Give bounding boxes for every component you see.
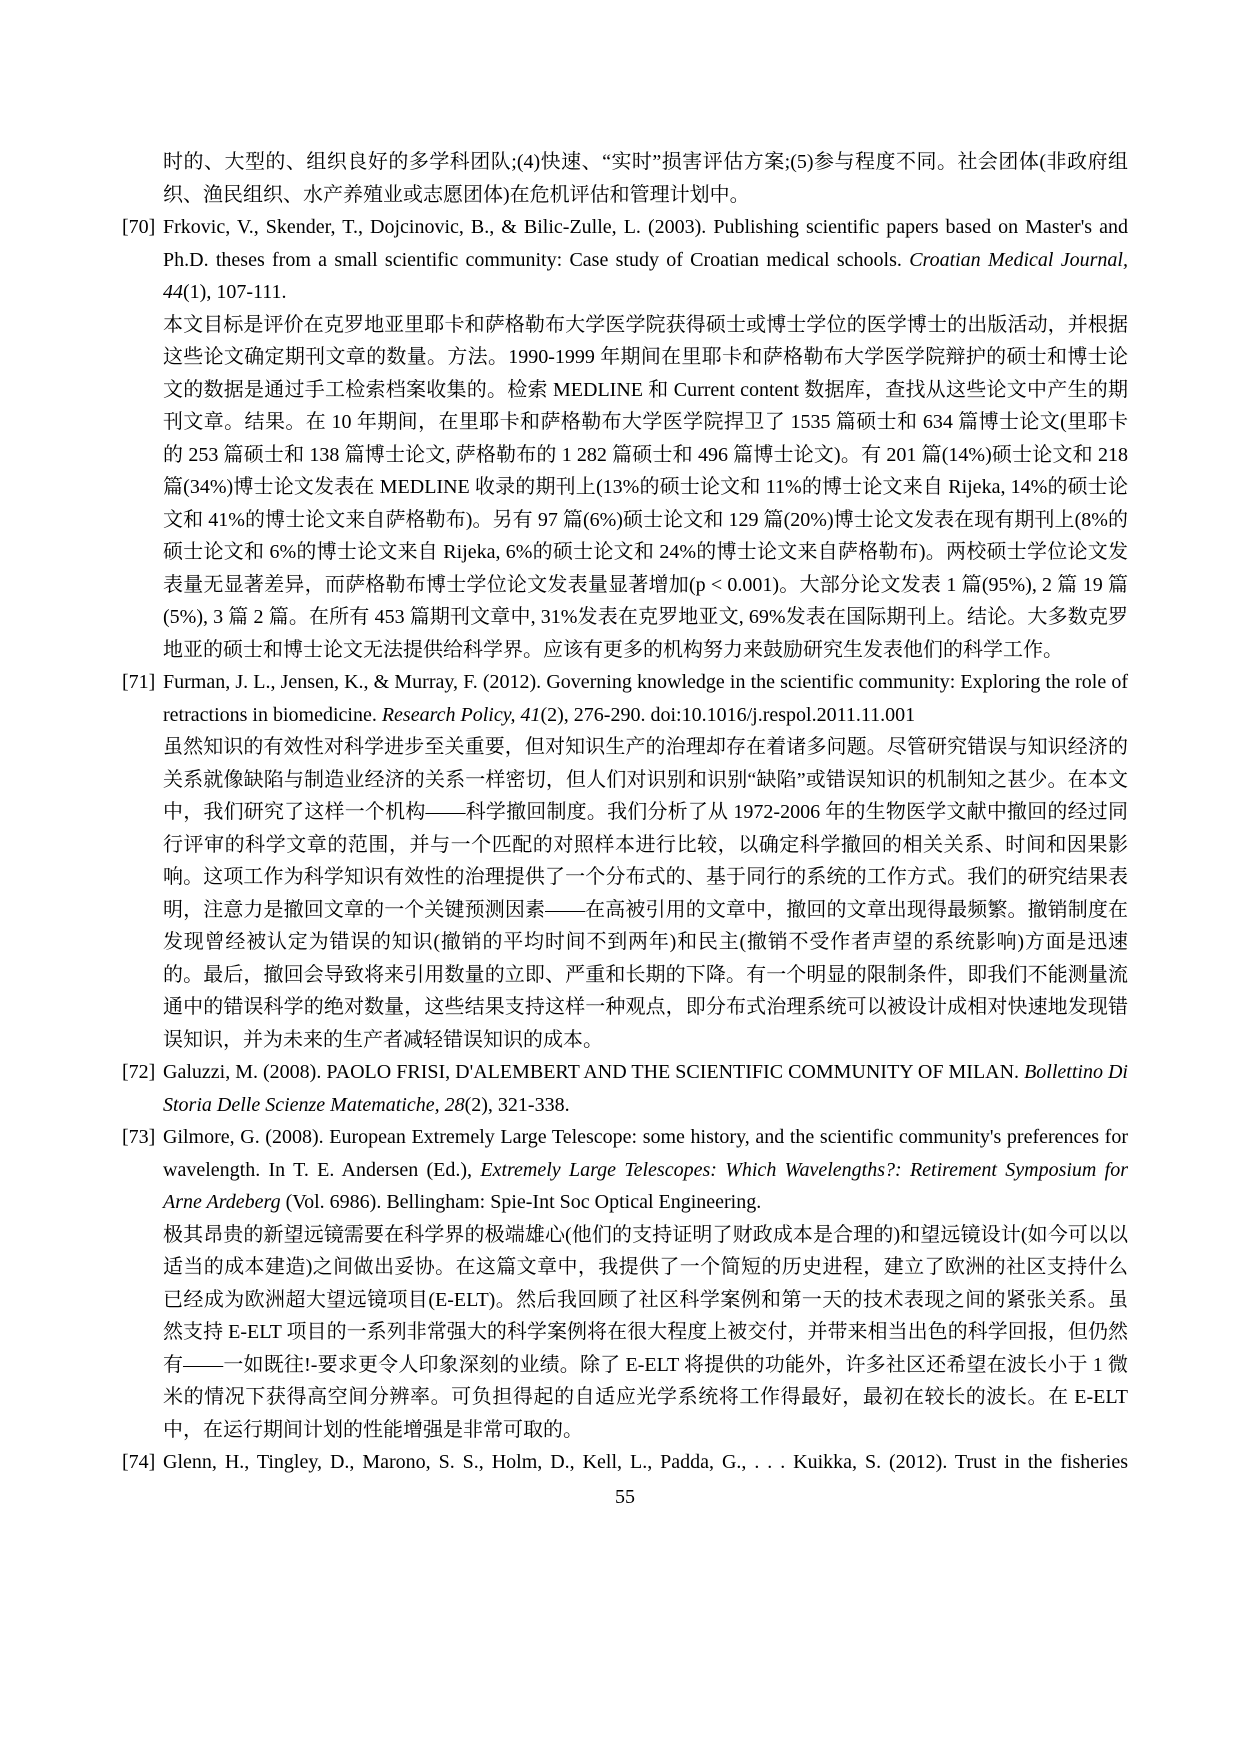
reference-abstract: 虽然知识的有效性对科学进步至关重要，但对知识生产的治理却存在着诸多问题。尽管研究… (163, 731, 1128, 1056)
reference-number: [72] (122, 1056, 163, 1089)
reference-entry: [71]Furman, J. L., Jensen, K., & Murray,… (122, 666, 1128, 1056)
citation-segment: Galuzzi, M. (2008). PAOLO FRISI, D'ALEMB… (163, 1061, 1024, 1083)
citation-segment: (2), 321-338. (465, 1094, 570, 1116)
reference-entry: [74]Glenn, H., Tingley, D., Marono, S. S… (122, 1446, 1128, 1479)
reference-citation-text: Furman, J. L., Jensen, K., & Murray, F. … (163, 671, 1128, 726)
document-page: 时的、大型的、组织良好的多学科团队;(4)快速、“实时”损害评估方案;(5)参与… (0, 0, 1240, 1753)
reference-number: [71] (122, 666, 163, 699)
abstract-continuation-paragraph: 时的、大型的、组织良好的多学科团队;(4)快速、“实时”损害评估方案;(5)参与… (163, 146, 1128, 211)
reference-abstract: 极其昂贵的新望远镜需要在科学界的极端雄心(他们的支持证明了财政成本是合理的)和望… (163, 1219, 1128, 1447)
reference-citation: [70]Frkovic, V., Skender, T., Dojcinovic… (122, 211, 1128, 309)
reference-citation-text: Frkovic, V., Skender, T., Dojcinovic, B.… (163, 216, 1128, 303)
reference-citation-text: Gilmore, G. (2008). European Extremely L… (163, 1126, 1128, 1213)
citation-segment: (2), 276-290. doi:10.1016/j.respol.2011.… (540, 704, 915, 726)
reference-citation-text: Galuzzi, M. (2008). PAOLO FRISI, D'ALEMB… (163, 1061, 1128, 1116)
reference-number: [70] (122, 211, 163, 244)
citation-segment: Glenn, H., Tingley, D., Marono, S. S., H… (163, 1451, 1128, 1473)
reference-citation: [73]Gilmore, G. (2008). European Extreme… (122, 1121, 1128, 1219)
page-number: 55 (122, 1481, 1128, 1514)
reference-entry: [70]Frkovic, V., Skender, T., Dojcinovic… (122, 211, 1128, 666)
reference-citation-text: Glenn, H., Tingley, D., Marono, S. S., H… (163, 1451, 1128, 1473)
reference-abstract: 本文目标是评价在克罗地亚里耶卡和萨格勒布大学医学院获得硕士或博士学位的医学博士的… (163, 309, 1128, 667)
citation-italic-segment: Research Policy, 41 (382, 704, 541, 726)
reference-list: [70]Frkovic, V., Skender, T., Dojcinovic… (122, 211, 1128, 1479)
text-block: 时的、大型的、组织良好的多学科团队;(4)快速、“实时”损害评估方案;(5)参与… (122, 146, 1128, 1513)
reference-number: [74] (122, 1446, 163, 1479)
citation-segment: (1), 107-111. (183, 281, 287, 303)
reference-citation: [72]Galuzzi, M. (2008). PAOLO FRISI, D'A… (122, 1056, 1128, 1121)
reference-entry: [72]Galuzzi, M. (2008). PAOLO FRISI, D'A… (122, 1056, 1128, 1121)
reference-entry: [73]Gilmore, G. (2008). European Extreme… (122, 1121, 1128, 1446)
citation-segment: (Vol. 6986). Bellingham: Spie-Int Soc Op… (281, 1191, 762, 1213)
reference-citation: [74]Glenn, H., Tingley, D., Marono, S. S… (122, 1446, 1128, 1479)
reference-citation: [71]Furman, J. L., Jensen, K., & Murray,… (122, 666, 1128, 731)
reference-number: [73] (122, 1121, 163, 1154)
